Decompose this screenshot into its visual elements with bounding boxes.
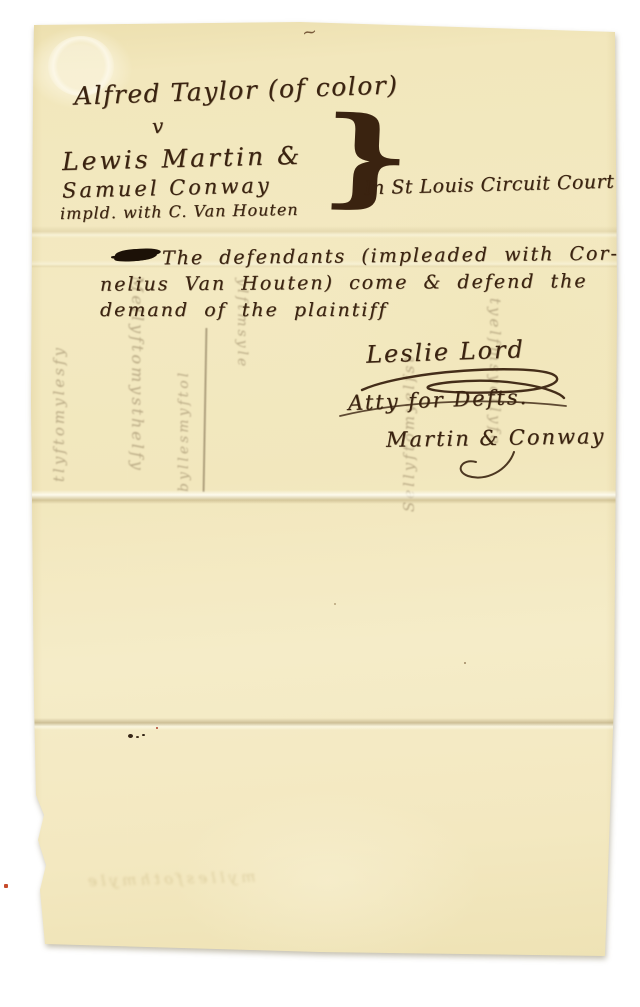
bleedthrough-column: tlyftomylesfy <box>50 282 68 482</box>
fold-crease-top <box>28 226 618 238</box>
bleedthrough-column: byllesmyftol <box>176 320 192 492</box>
defendant-impleaded-note: impld. with C. Van Houten <box>60 200 299 223</box>
attorney-signature: Leslie Lord <box>366 335 526 369</box>
plea-body-line-1: The defendants (impleaded with Cor- <box>162 243 619 270</box>
plea-body-line-3: demand of the plaintiff <box>100 299 388 321</box>
versus-mark: v <box>151 114 164 139</box>
red-speck <box>156 727 158 729</box>
paper-speck <box>334 603 336 605</box>
fold-crease-lower <box>28 718 618 730</box>
fold-crease-middle <box>28 490 618 504</box>
paper-sheet-wrap: tlyftomylesfy Mellyftomysthelfy byllesmy… <box>28 20 618 964</box>
defendant-name-2: Samuel Conway <box>62 173 272 202</box>
signature-parties: Martin & Conway <box>386 424 606 452</box>
bleedthrough-rule-line <box>203 328 208 492</box>
ink-blot-strikeout <box>115 248 158 263</box>
paper-speck <box>464 662 466 664</box>
plea-body-line-2: nelius Van Houten) come & defend the <box>100 270 588 295</box>
ink-speck-cluster <box>128 734 133 738</box>
bleedthrough-bottom-text: myllesfothmyle <box>84 868 256 890</box>
scanner-background: tlyftomylesfy Mellyftomysthelfy byllesmy… <box>0 0 640 1007</box>
red-speck-margin <box>4 884 8 888</box>
paper-sheet: tlyftomylesfy Mellyftomysthelfy byllesmy… <box>28 20 618 964</box>
top-ink-squiggle: ~ <box>301 21 319 44</box>
caption-brace: } <box>318 94 414 218</box>
defendant-name-1: Lewis Martin & <box>62 141 303 176</box>
signature-tail-flourish <box>442 448 520 484</box>
